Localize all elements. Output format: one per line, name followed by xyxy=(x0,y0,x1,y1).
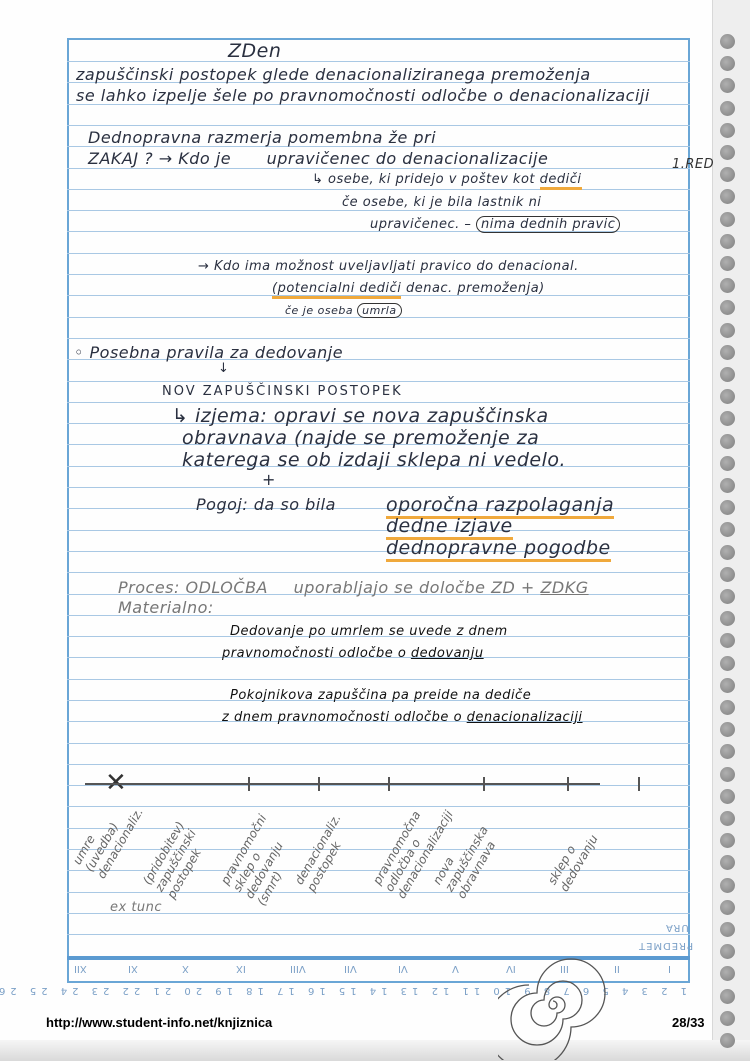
ruled-line xyxy=(67,743,690,744)
ruled-line xyxy=(67,679,690,680)
binding-hole xyxy=(720,744,735,759)
process-rest: uporabljajo se določbe ZD + xyxy=(294,578,535,597)
para2-line2: z dnem pravnomočnosti odločbe o denacion… xyxy=(222,710,583,725)
section2-line3-text: če je oseba xyxy=(285,304,353,317)
binding-hole xyxy=(720,456,735,471)
binding-hole xyxy=(720,367,735,382)
binding-hole xyxy=(720,545,735,560)
binding-hole xyxy=(720,700,735,715)
intro-line-2: se lahko izpelje šele po pravnomočnosti … xyxy=(76,86,650,105)
condition-item-2: dedne izjave xyxy=(386,515,513,537)
ruled-line xyxy=(67,125,690,126)
down-arrow: ↓ xyxy=(218,361,229,376)
binding-hole xyxy=(720,611,735,626)
timeline-tick xyxy=(248,777,250,791)
new-probate-heading: NOV ZAPUŠČINSKI POSTOPEK xyxy=(162,384,403,399)
binding-hole xyxy=(720,878,735,893)
first-order-note: 1.RED xyxy=(672,157,714,172)
binding-hole xyxy=(720,323,735,338)
hour-label: URA xyxy=(665,922,689,933)
binding-hole xyxy=(720,722,735,737)
section2-line3: če je oseba umrla xyxy=(285,304,402,317)
binding-hole xyxy=(720,500,735,515)
para2-line2-text: z dnem pravnomočnosti odločbe o xyxy=(222,710,462,725)
binding-hole xyxy=(720,567,735,582)
para2-line1: Pokojnikova zapuščina pa preide na dedič… xyxy=(230,688,531,703)
footer-url-link[interactable]: http://www.student-info.net/knjiznica xyxy=(46,1015,272,1030)
timeline-tick xyxy=(483,777,485,791)
month-numeral: VII xyxy=(344,963,357,974)
binding-hole xyxy=(720,989,735,1004)
para1-line2-text: pravnomočnosti odločbe o xyxy=(222,646,406,661)
section1-why: ZAKAJ ? → Kdo je upravičenec do denacion… xyxy=(88,149,548,168)
binding-hole xyxy=(720,189,735,204)
section1-sub3: upravičenec. – nima dednih pravic xyxy=(370,217,620,232)
binding-hole xyxy=(720,56,735,71)
process-line: Proces: ODLOČBA uporabljajo se določbe Z… xyxy=(118,578,589,597)
page-number: 28/33 xyxy=(672,1015,705,1030)
binding-hole xyxy=(720,1033,735,1048)
month-numeral: X xyxy=(182,963,189,974)
subject-label: PREDMET xyxy=(638,940,693,951)
ex-tunc-label: ex tunc xyxy=(110,900,162,915)
exception-line-2: obravnava (najde se premoženje za xyxy=(182,427,539,449)
binding-hole xyxy=(720,767,735,782)
condition-item-3: dednopravne pogodbe xyxy=(386,537,611,559)
binding-hole xyxy=(720,167,735,182)
potential-heirs-highlight: (potencialni dediči xyxy=(272,281,401,299)
no-inheritance-rights-circled: nima dednih pravic xyxy=(476,216,620,233)
binding-hole xyxy=(720,101,735,116)
ruled-line xyxy=(67,530,690,531)
ruled-line xyxy=(67,253,690,254)
binding-hole xyxy=(720,34,735,49)
heirs-highlight: dediči xyxy=(540,172,582,190)
month-numeral: VI xyxy=(398,963,408,974)
section1-sub2: če osebe, ki je bila lastnik ni xyxy=(342,195,541,210)
page-bottom-shadow xyxy=(0,1040,750,1061)
section2-line2-rest: denac. premoženja) xyxy=(406,281,545,296)
special-rules-heading: ◦ Posebna pravila za dedovanje xyxy=(74,343,343,362)
timeline-tick xyxy=(318,777,320,791)
month-numeral: XII xyxy=(74,963,87,974)
intro-line-1: zapuščinski postopek glede denacionalizi… xyxy=(76,65,591,84)
exception-line-1: ↳ izjema: opravi se nova zapuščinska xyxy=(172,405,549,427)
binding-hole xyxy=(720,123,735,138)
binding-hole xyxy=(720,278,735,293)
binding-hole xyxy=(720,300,735,315)
binding-hole xyxy=(720,900,735,915)
ruled-line xyxy=(67,934,690,935)
binding-hole xyxy=(720,78,735,93)
binding-hole xyxy=(720,922,735,937)
binding-hole xyxy=(720,234,735,249)
timeline-tick xyxy=(567,777,569,791)
binding-hole xyxy=(720,212,735,227)
process-prefix: Proces: ODLOČBA xyxy=(118,578,268,597)
binding-hole xyxy=(720,833,735,848)
binding-hole xyxy=(720,522,735,537)
ruled-line xyxy=(67,806,690,807)
binding-hole xyxy=(720,811,735,826)
ruled-line xyxy=(67,487,690,488)
ruled-line xyxy=(67,210,690,211)
month-numeral: XI xyxy=(128,963,138,974)
section1-sub1: ↳ osebe, ki pridejo v poštev kot dediči xyxy=(312,172,582,187)
month-numeral: II xyxy=(614,963,620,974)
section1-why-rest: upravičenec do denacionalizacije xyxy=(267,149,549,168)
ruled-line xyxy=(67,338,690,339)
condition-text-3: dednopravne pogodbe xyxy=(386,537,611,562)
exception-line-3: katerega se ob izdaji sklepa ni vedelo. xyxy=(182,449,566,471)
ruled-line xyxy=(67,828,690,829)
denationalization-underlined: denacionalizaciji xyxy=(467,710,583,725)
process-end: ZDKG xyxy=(540,578,588,597)
binding-hole xyxy=(720,855,735,870)
para1-line2: pravnomočnosti odločbe o dedovanju xyxy=(222,646,484,661)
month-numeral: IX xyxy=(236,963,246,974)
binding-hole xyxy=(720,345,735,360)
ruled-line xyxy=(67,381,690,382)
timeline-tick xyxy=(388,777,390,791)
ruled-line xyxy=(67,168,690,169)
binding-hole xyxy=(720,966,735,981)
inheritance-underlined: dedovanju xyxy=(411,646,484,661)
ruled-line xyxy=(67,764,690,765)
para1-line1: Dedovanje po umrlem se uvede z dnem xyxy=(230,624,508,639)
month-numeral: V xyxy=(452,963,459,974)
month-numeral: VIII xyxy=(290,963,306,974)
ruled-line xyxy=(67,572,690,573)
plus-sign: + xyxy=(262,470,276,489)
condition-label: Pogoj: da so bila xyxy=(196,495,336,514)
binding-hole xyxy=(720,478,735,493)
binding-hole xyxy=(720,633,735,648)
section2-line2: (potencialni dediči denac. premoženja) xyxy=(272,281,545,296)
section2-line1: → Kdo ima možnost uveljavljati pravico d… xyxy=(198,259,579,274)
binding-hole xyxy=(720,589,735,604)
ruled-line xyxy=(67,189,690,190)
section1-sub1-text: ↳ osebe, ki pridejo v poštev kot xyxy=(312,172,535,187)
binding-hole xyxy=(720,434,735,449)
month-numeral: I xyxy=(668,963,671,974)
material-label: Materialno: xyxy=(118,598,214,617)
binding-hole xyxy=(720,656,735,671)
ruled-line xyxy=(67,402,690,403)
section1-sub3-text: upravičenec. – xyxy=(370,217,471,232)
binding-hole xyxy=(720,1011,735,1026)
section1-line1: Dednopravna razmerja pomembna že pri xyxy=(88,128,436,147)
binding-hole xyxy=(720,944,735,959)
ruled-line xyxy=(67,785,690,786)
died-circled: umrla xyxy=(357,303,402,318)
timeline-tick xyxy=(638,777,640,791)
section1-why-prefix: ZAKAJ ? → Kdo je xyxy=(88,149,231,168)
binding-hole xyxy=(720,411,735,426)
doodle-spiral-icon xyxy=(498,950,608,1060)
ruled-line xyxy=(67,274,690,275)
binding-hole xyxy=(720,789,735,804)
binding-hole xyxy=(720,389,735,404)
timeline-axis xyxy=(85,783,600,785)
page-title: ZDen xyxy=(228,40,281,62)
condition-item-1: oporočna razpolaganja xyxy=(386,494,614,516)
binding-hole xyxy=(720,256,735,271)
binding-hole xyxy=(720,678,735,693)
ruled-line xyxy=(67,61,690,62)
binding-hole xyxy=(720,145,735,160)
